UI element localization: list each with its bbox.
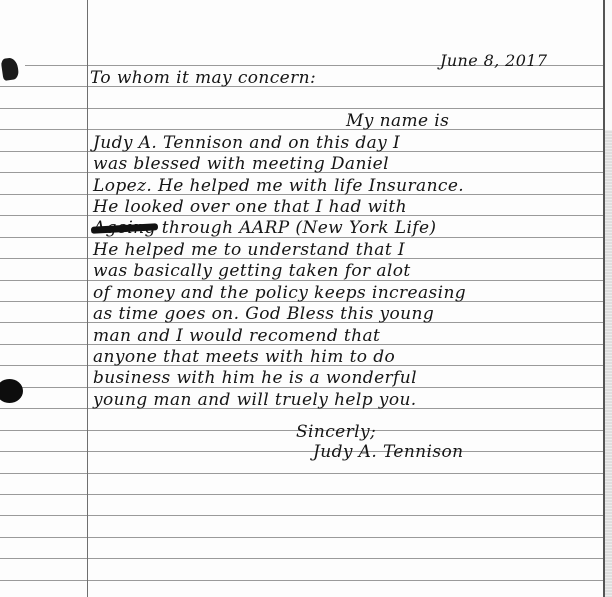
body-line-text: man and I would recomend that (93, 326, 380, 346)
body-line-text: He helped me to understand that I (93, 240, 405, 260)
body-line-text: was basically getting taken for alot (93, 261, 411, 281)
body-line-text: as time goes on. God Bless this young (93, 304, 434, 324)
notebook-page: June 8, 2017 To whom it may concern: My … (0, 0, 612, 597)
letter-closing: Sincerly; (296, 424, 376, 441)
ruled-line (0, 580, 604, 581)
ruled-line (0, 473, 604, 474)
ruled-line (0, 494, 604, 495)
body-line-text: Lopez. He helped me with life Insurance. (93, 176, 464, 196)
body-line: Ageing through AARP (New York Life) (93, 220, 436, 237)
body-line: He helped me to understand that I (93, 242, 405, 259)
body-line: as time goes on. God Bless this young (93, 306, 434, 323)
body-line: My name is (346, 113, 449, 130)
ruled-line (0, 537, 604, 538)
ruled-line (0, 451, 604, 452)
letter-date: June 8, 2017 (440, 53, 547, 69)
body-line: business with him he is a wonderful (93, 370, 417, 387)
body-line-text: He looked over one that I had with (93, 197, 407, 217)
body-line: Lopez. He helped me with life Insurance. (93, 178, 464, 195)
punch-hole-icon (0, 379, 23, 403)
punch-hole-icon (1, 57, 20, 81)
body-line: was basically getting taken for alot (93, 263, 411, 280)
body-line-text: anyone that meets with him to do (93, 347, 395, 367)
body-line-text: was blessed with meeting Daniel (93, 154, 389, 174)
body-line-text: through AARP (New York Life) (156, 218, 437, 238)
crossed-out-word: Ageing (93, 220, 156, 237)
letter-greeting: To whom it may concern: (90, 70, 316, 87)
body-line: man and I would recomend that (93, 328, 380, 345)
ruled-line (0, 515, 604, 516)
body-line-text: business with him he is a wonderful (93, 368, 417, 388)
body-line: anyone that meets with him to do (93, 349, 395, 366)
body-line: of money and the policy keeps increasing (93, 285, 466, 302)
body-line: was blessed with meeting Daniel (93, 156, 389, 173)
body-line: He looked over one that I had with (93, 199, 407, 216)
body-line-text: Judy A. Tennison and on this day I (93, 133, 400, 153)
ruled-line (0, 558, 604, 559)
ruled-line (0, 108, 604, 109)
body-line-text: young man and will truely help you. (93, 390, 417, 410)
signature: Judy A. Tennison (313, 444, 463, 461)
body-line-text: My name is (346, 111, 449, 131)
body-line-text: of money and the policy keeps increasing (93, 283, 466, 303)
page-edge-top (605, 0, 612, 130)
ruled-line (0, 129, 604, 130)
margin-line (87, 0, 88, 597)
page-right-edge (603, 0, 605, 597)
body-line: young man and will truely help you. (93, 392, 417, 409)
body-line: Judy A. Tennison and on this day I (93, 135, 400, 152)
